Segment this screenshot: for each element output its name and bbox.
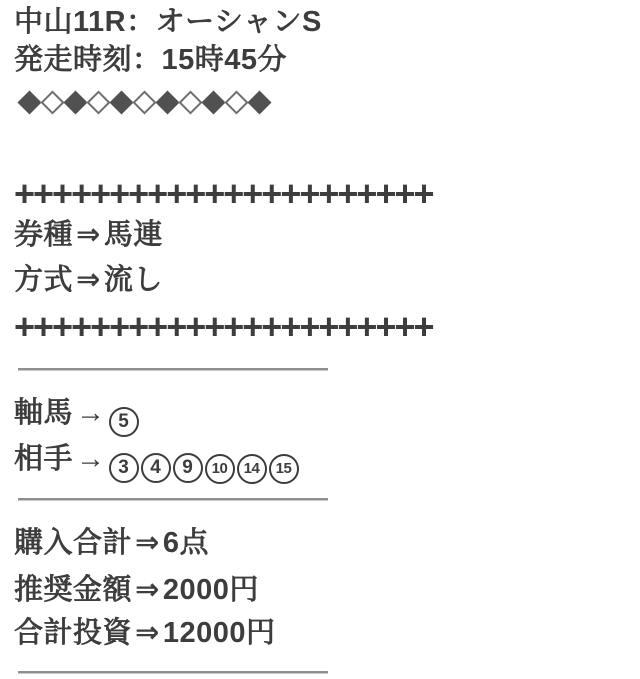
double-arrow-icon: ⇒ xyxy=(135,573,160,607)
horse-number-badge: 15 xyxy=(269,454,299,484)
separator-3 xyxy=(18,671,328,674)
axis-horse-numbers: 5 xyxy=(109,397,141,429)
filled-diamond-icon xyxy=(17,90,41,114)
plus-divider-top: ++++++++++++++++++++++ xyxy=(14,176,433,212)
hollow-diamond-icon xyxy=(178,90,202,114)
bet-method-value: 流し xyxy=(104,264,163,296)
recommended-amount-value: 2000円 xyxy=(163,574,259,606)
bet-method-line: 方式⇒流し xyxy=(14,263,163,297)
horse-number-badge: 4 xyxy=(141,453,171,483)
partner-horses-label: 相手 xyxy=(14,443,73,475)
filled-diamond-icon xyxy=(63,90,87,114)
ticket-type-value: 馬連 xyxy=(104,219,163,251)
purchase-total-value: 6点 xyxy=(163,527,209,559)
recommended-amount-line: 推奨金額⇒2000円 xyxy=(14,573,259,607)
axis-horse-line: 軸馬→5 xyxy=(14,396,141,437)
purchase-total-line: 購入合計⇒6点 xyxy=(14,526,209,560)
separator-2 xyxy=(18,498,328,501)
horse-number-badge: 5 xyxy=(109,407,139,437)
ticket-type-label: 券種 xyxy=(14,219,73,251)
recommended-amount-label: 推奨金額 xyxy=(14,574,132,606)
total-investment-value: 12000円 xyxy=(163,617,276,649)
filled-diamond-icon xyxy=(109,90,133,114)
filled-diamond-icon xyxy=(247,90,271,114)
total-investment-line: 合計投資⇒12000円 xyxy=(14,616,275,650)
partner-horse-numbers: 349101415 xyxy=(109,443,301,475)
partner-horses-line: 相手→349101415 xyxy=(14,442,301,484)
double-arrow-icon: ⇒ xyxy=(76,263,101,297)
horse-number-badge: 14 xyxy=(237,454,267,484)
axis-horse-label: 軸馬 xyxy=(14,397,73,429)
race-tip-page: 中山11R：オーシャンS 発走時刻：15時45分 +++++++++++++++… xyxy=(0,0,640,679)
plus-divider-bottom: ++++++++++++++++++++++ xyxy=(14,309,433,345)
ticket-type-line: 券種⇒馬連 xyxy=(14,218,163,252)
bet-method-label: 方式 xyxy=(14,264,73,296)
race-title: 中山11R：オーシャンS xyxy=(14,5,322,39)
filled-diamond-icon xyxy=(155,90,179,114)
filled-diamond-icon xyxy=(201,90,225,114)
right-arrow-icon: → xyxy=(76,396,106,430)
double-arrow-icon: ⇒ xyxy=(135,616,160,650)
hollow-diamond-icon xyxy=(40,90,64,114)
horse-number-badge: 9 xyxy=(173,453,203,483)
horse-number-badge: 10 xyxy=(205,454,235,484)
separator-1 xyxy=(18,368,328,371)
total-investment-label: 合計投資 xyxy=(14,617,132,649)
double-arrow-icon: ⇒ xyxy=(76,218,101,252)
right-arrow-icon: → xyxy=(76,442,106,476)
horse-number-badge: 3 xyxy=(109,453,139,483)
purchase-total-label: 購入合計 xyxy=(14,527,132,559)
diamond-divider xyxy=(18,94,271,112)
hollow-diamond-icon xyxy=(132,90,156,114)
double-arrow-icon: ⇒ xyxy=(135,526,160,560)
start-time: 発走時刻：15時45分 xyxy=(14,43,287,77)
hollow-diamond-icon xyxy=(86,90,110,114)
hollow-diamond-icon xyxy=(224,90,248,114)
